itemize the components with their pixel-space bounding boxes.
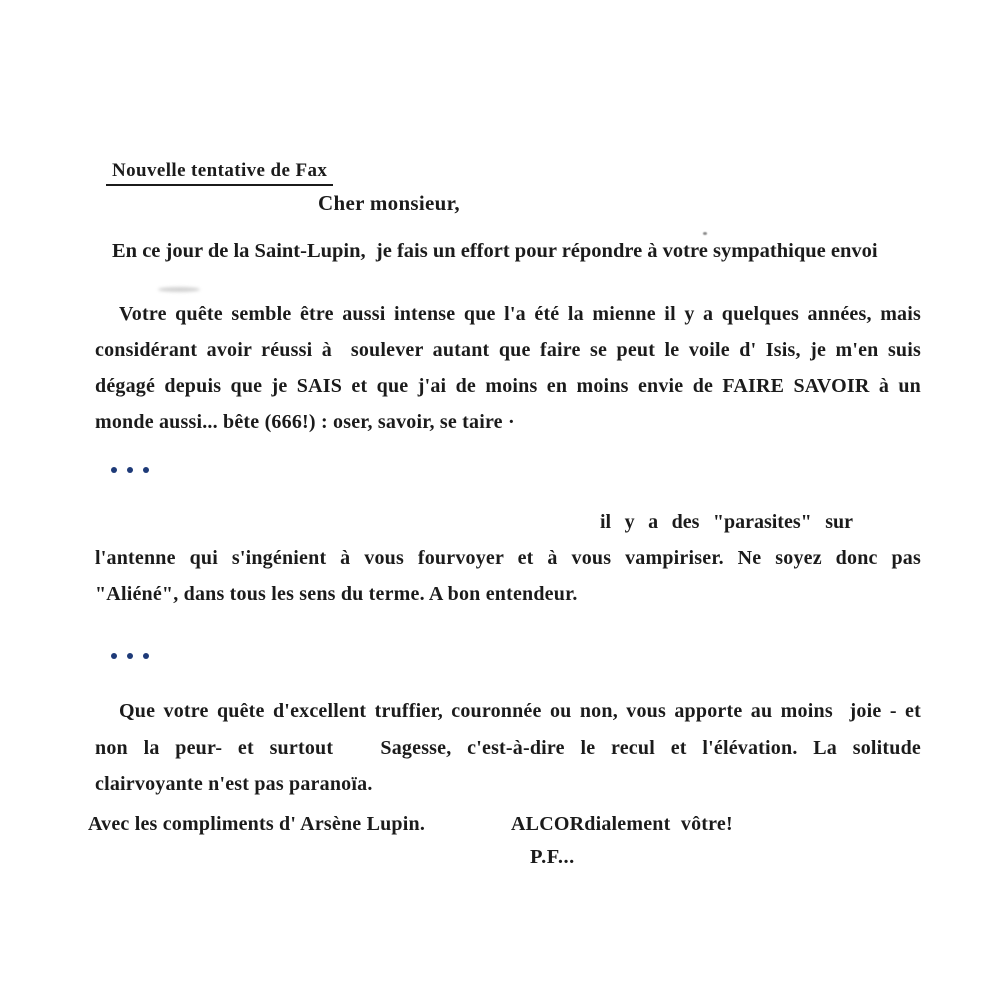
- letter-line: dégagé depuis que je SAIS et que j'ai de…: [95, 375, 921, 411]
- ellipsis-separator-icon: [111, 467, 149, 473]
- ellipsis-dot-icon: [111, 467, 117, 473]
- letter-line: Votre quête semble être aussi intense qu…: [95, 303, 921, 339]
- closing-compliments: Avec les compliments d' Arsène Lupin.: [88, 813, 425, 836]
- paragraph-3: Que votre quête d'excellent truffier, co…: [95, 700, 921, 810]
- closing-alcordialement: ALCORdialement vôtre!: [511, 813, 733, 836]
- letter-line: clairvoyante n'est pas paranoïa.: [95, 773, 921, 810]
- letter-salutation: Cher monsieur,: [318, 191, 460, 216]
- letter-line: considérant avoir réussi à soulever auta…: [95, 339, 921, 375]
- letter-line: monde aussi... bête (666!) : oser, savoi…: [95, 411, 921, 447]
- paragraph-1: Votre quête semble être aussi intense qu…: [95, 303, 921, 447]
- letter-line: l'antenne qui s'ingénient à vous fourvoy…: [95, 547, 921, 583]
- signature-initials: P.F...: [530, 846, 575, 869]
- paragraph-2-first-line: il y a des "parasites" sur: [600, 511, 853, 547]
- letter-opening-line: En ce jour de la Saint-Lupin, je fais un…: [112, 240, 912, 263]
- scan-smudge-artifact: [158, 287, 200, 292]
- ellipsis-separator-icon: [111, 653, 149, 659]
- ellipsis-dot-icon: [127, 467, 133, 473]
- scan-speck-artifact: [703, 232, 707, 235]
- paragraph-2: l'antenne qui s'ingénient à vous fourvoy…: [95, 547, 921, 619]
- ellipsis-dot-icon: [127, 653, 133, 659]
- fax-letter-page: Nouvelle tentative de Fax Cher monsieur,…: [0, 0, 1000, 998]
- letter-header-title: Nouvelle tentative de Fax: [106, 160, 333, 186]
- letter-line: Que votre quête d'excellent truffier, co…: [95, 700, 921, 737]
- letter-line: non la peur- et surtout Sagesse, c'est-à…: [95, 737, 921, 774]
- closing-row: Avec les compliments d' Arsène Lupin. AL…: [88, 813, 733, 836]
- letter-line: "Aliéné", dans tous les sens du terme. A…: [95, 583, 921, 619]
- ellipsis-dot-icon: [143, 467, 149, 473]
- ellipsis-dot-icon: [111, 653, 117, 659]
- ellipsis-dot-icon: [143, 653, 149, 659]
